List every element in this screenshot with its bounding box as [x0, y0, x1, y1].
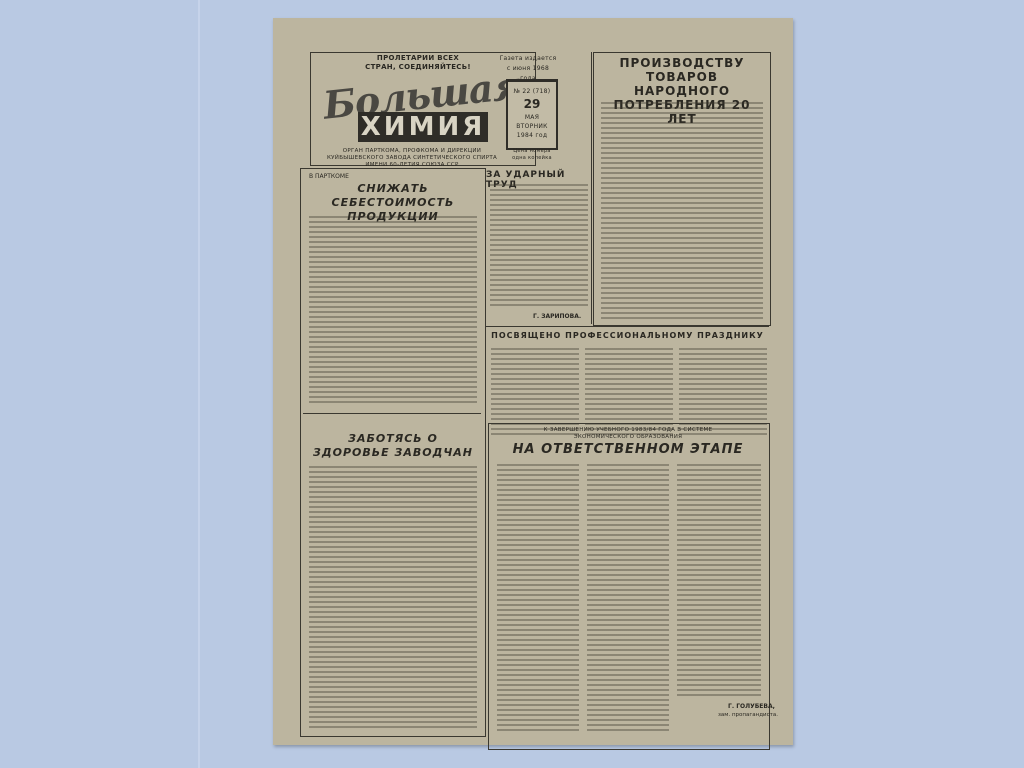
masthead-title-block: ХИМИЯ: [358, 112, 488, 142]
issue-day: 29: [506, 97, 558, 111]
holiday-divider: [486, 326, 769, 327]
stage-headline: НА ОТВЕТСТВЕННОМ ЭТАПЕ: [493, 442, 763, 457]
column-rule: [591, 52, 592, 324]
issue-number: № 22 (718): [506, 88, 558, 95]
issue-price: Цена номера одна копейка: [506, 148, 558, 162]
issue-month: МАЯ: [506, 114, 558, 121]
stage-author-role: зам. пропагандиста.: [718, 712, 778, 718]
health-divider: [303, 413, 481, 414]
stage-body-col2: [587, 464, 669, 734]
issue-year: 1984 год: [506, 132, 558, 139]
stage-body-col3: [677, 464, 761, 696]
goods-body-text: [601, 102, 763, 320]
stage-author: Г. ГОЛУБЕВА,: [728, 703, 775, 710]
masthead-organ: ОРГАН ПАРТКОМА, ПРОФКОМА И ДИРЕКЦИИ КУЙБ…: [317, 148, 507, 169]
health-body-text: [309, 466, 477, 728]
stage-kicker: К ЗАВЕРШЕНИЮ УЧЕБНОГО 1983/84 ГОДА В СИС…: [513, 427, 743, 441]
health-headline: ЗАБОТЯСЬ О ЗДОРОВЬЕ ЗАВОДЧАН: [309, 432, 477, 460]
background-seam: [198, 0, 200, 768]
issue-weekday: ВТОРНИК: [506, 123, 558, 130]
stage-body-col1: [497, 464, 579, 734]
shock-work-body-text: [490, 184, 588, 308]
newspaper-page: ПРОЛЕТАРИИ ВСЕХ СТРАН, СОЕДИНЯЙТЕСЬ! Бол…: [273, 18, 793, 745]
cost-body-text: [309, 216, 477, 406]
holiday-headline: ПОСВЯЩЕНО ПРОФЕССИОНАЛЬНОМУ ПРАЗДНИКУ: [486, 331, 769, 340]
shock-work-author: Г. ЗАРИПОВА.: [533, 313, 581, 320]
cost-rubric: В ПАРТКОМЕ: [309, 173, 349, 180]
